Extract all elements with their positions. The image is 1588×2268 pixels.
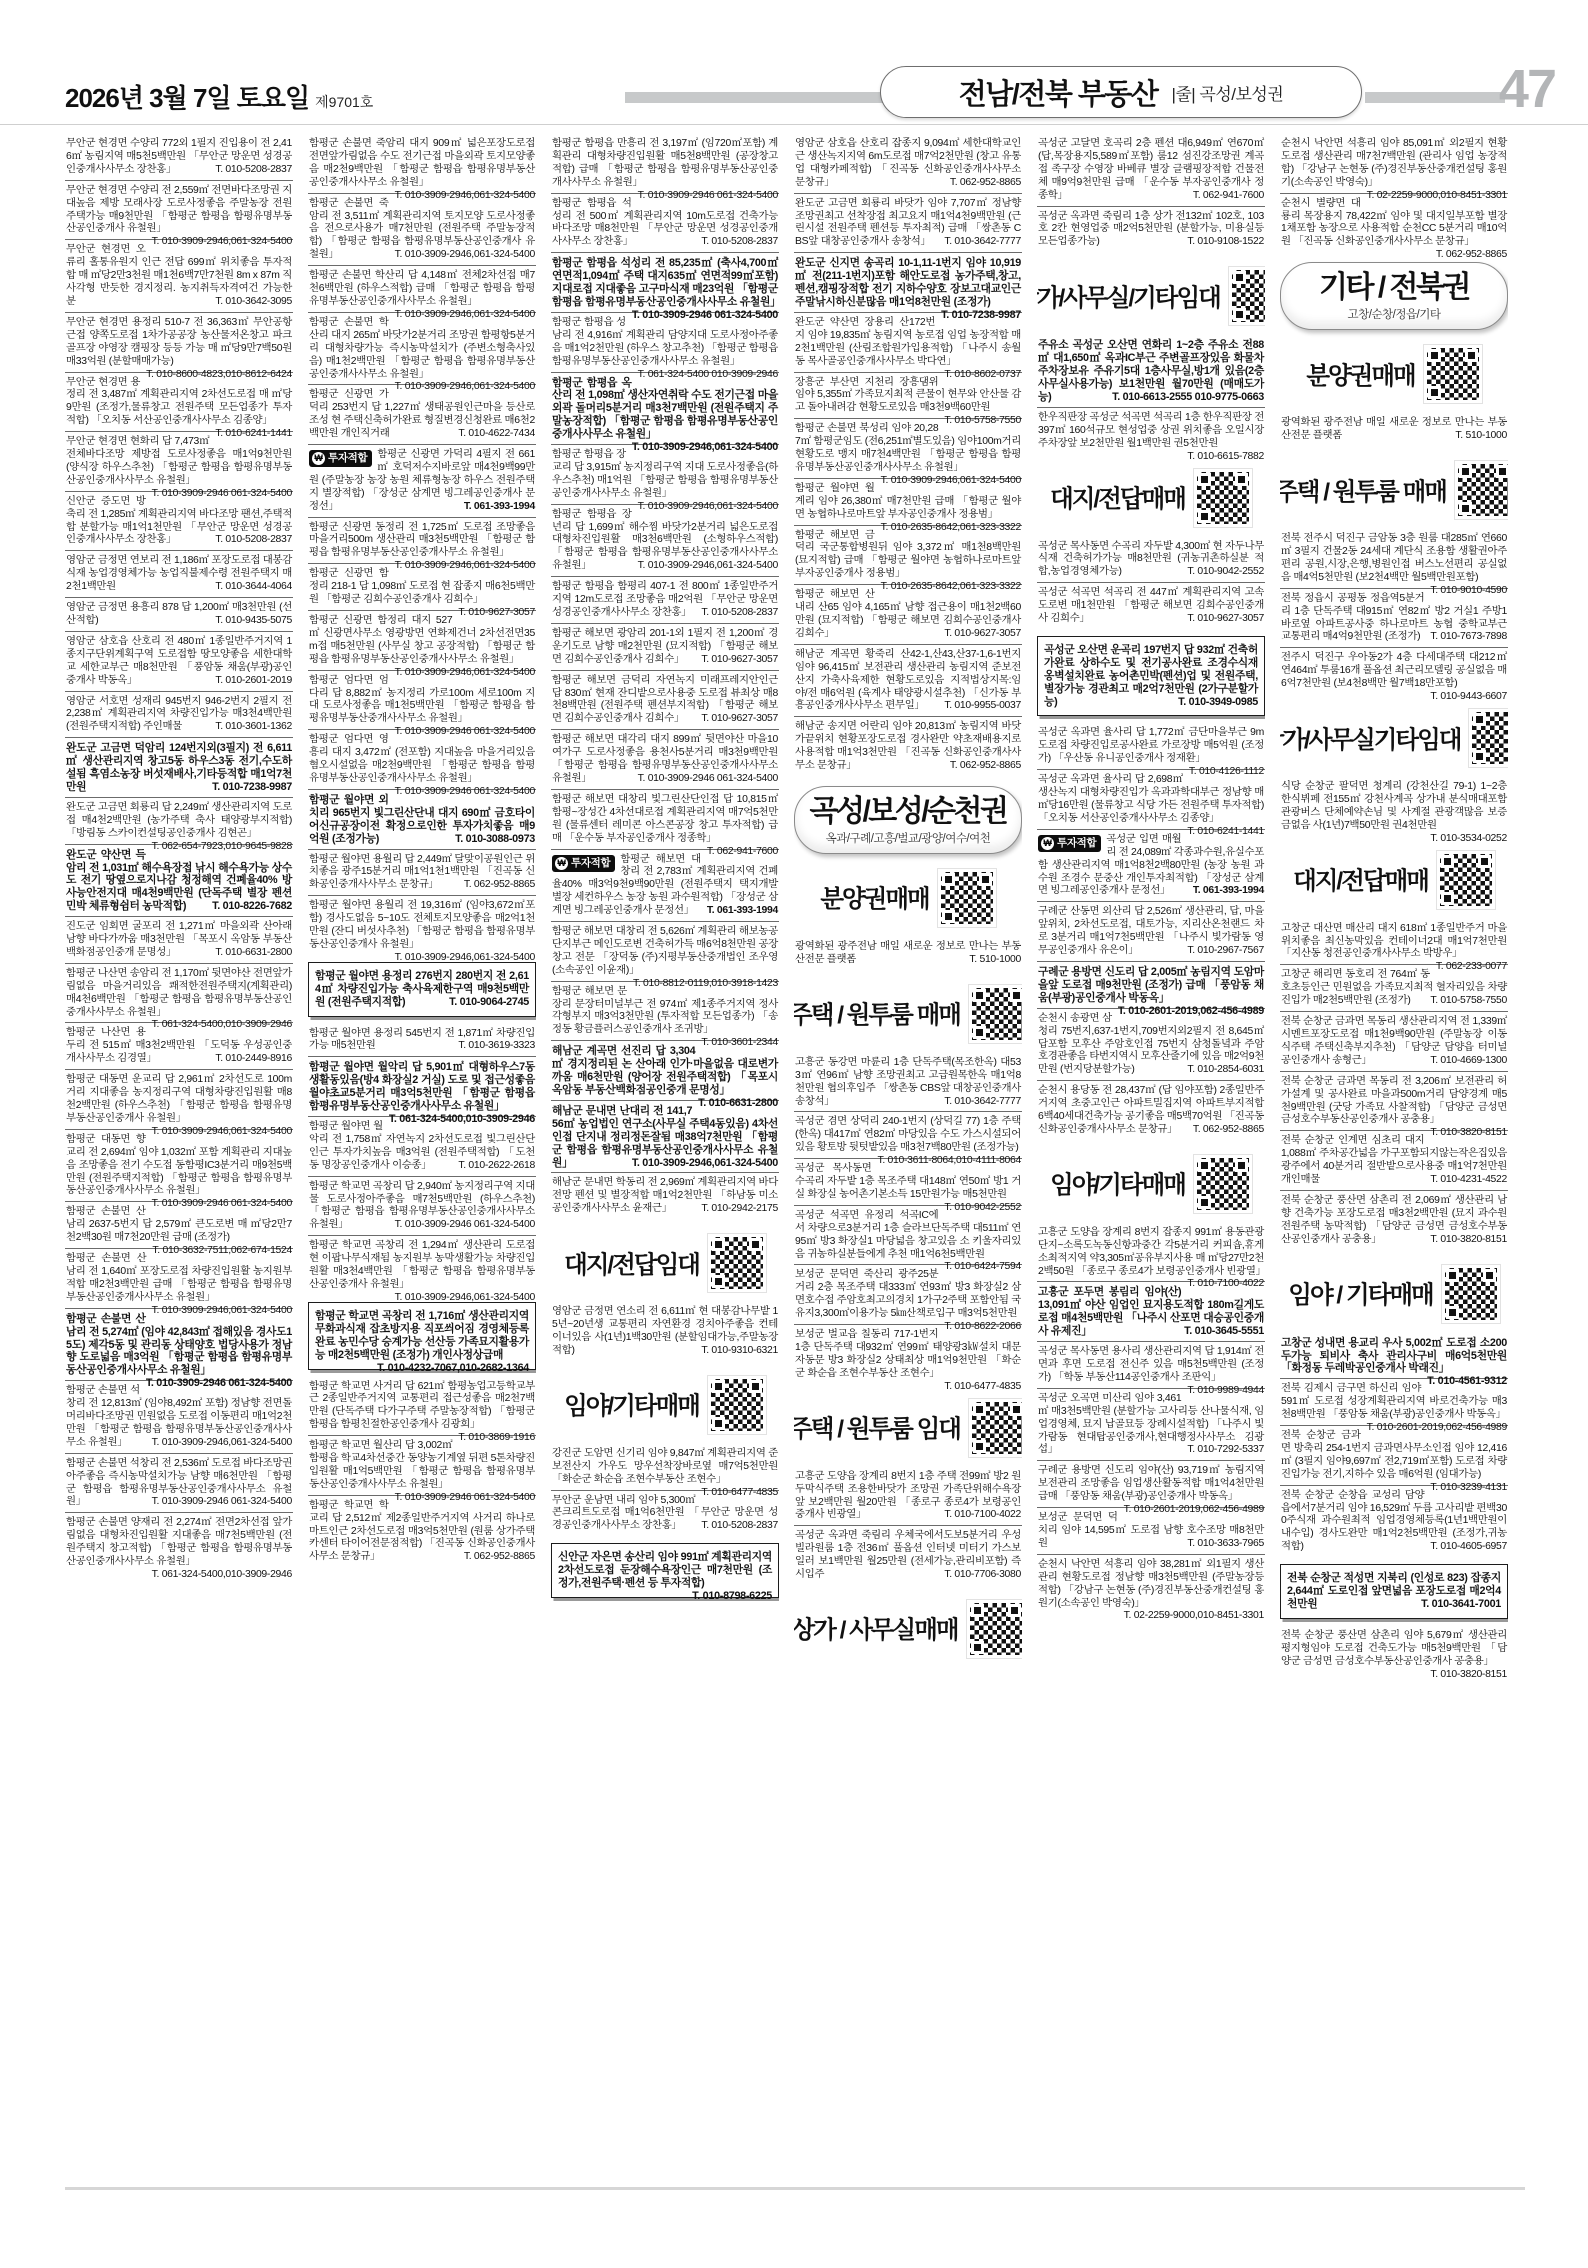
ad-text: 곡성군 옥과면 율사리 답 2,698㎡ 생산녹지 대형차량진입가 옥과과학대부…	[1038, 774, 1264, 824]
classified-ad: 완도군 고금면 회룡리 바닷가 임야 7,707㎡ 정남향 조망권최고 선착장접…	[794, 193, 1022, 253]
classified-ad: 신안군 자은면 송산리 임야 991㎡ 계획관리지역 2차선도로접 둔장해수욕장…	[551, 1543, 779, 1598]
ad-phone: T. 061-393-1994	[1187, 885, 1264, 898]
classified-ad: 전북 순창군 풍산면 삼촌리 임야 5,679㎡ 생산관리 평지형임야 도로접 …	[1280, 1626, 1508, 1672]
qr-finder-dot	[1446, 1306, 1459, 1319]
ad-phone: T. 010-3909-2946,061-324-5400	[146, 1305, 292, 1318]
ad-phone: T. 010-4232-7067,010-2682-1364	[371, 1362, 529, 1375]
ad-phone: T. 010-3909-2946 061-324-5400	[389, 786, 535, 799]
ad-phone: T. 062-941-7600	[1187, 190, 1264, 203]
section-header: 대지/전답임대	[551, 1232, 779, 1294]
masthead-bar-left	[625, 92, 883, 103]
ad-phone: T. 010-8602-0737	[938, 369, 1021, 382]
classified-ad: 함평군 월야면 용월리 전 19,316㎡ (임야3,672㎡포함) 경사도없음…	[308, 895, 536, 955]
classified-ad: 전북 순창군 금과면 목동리 생산관리지역 전 1,339㎡ 시멘트포장도로접 …	[1280, 1011, 1508, 1071]
ad-phone: T. 010-3909-2946,061-324-5400	[146, 1126, 292, 1139]
classified-ad: 무안군 현경면 수양리 전 2,559㎡ 전면바다조망권 지대높음 제방 모래사…	[65, 180, 293, 240]
qr-finder-dot	[1428, 386, 1441, 399]
ad-phone: T. 010-3909-2946,061-324-5400	[389, 667, 535, 680]
ad-phone: T. 010-4231-4522	[1424, 1174, 1507, 1187]
ad-phone: T. 010-3909-2946,061-324-5400	[389, 309, 535, 322]
qr-finder-dot	[1198, 510, 1211, 523]
ad-phone: T. 010-2942-2175	[695, 1203, 778, 1216]
region-pill-subtitle: 옥과/구례/고흥/벌교/광양/여수/여천	[797, 830, 1019, 846]
classified-ad: 무안군 현경면 용정리 510-7 전 36,363㎡ 무안공항근접 양쪽도로접…	[65, 312, 293, 372]
section-header: 분양권매매	[794, 867, 1022, 929]
ad-phone: T. 010-3641-7001	[1415, 1598, 1501, 1611]
region-pill: 곡성/보성/순천권옥과/구례/고흥/벌교/광양/여수/여천	[794, 786, 1022, 854]
won-circle-icon: ₩	[1041, 837, 1054, 850]
ad-text: 식당 순창군 팔덕면 청계리 (강천산길 79-1) 1~2층 한식뷔페 전15…	[1281, 781, 1507, 831]
ad-phone: T. 062-233-0077	[1430, 961, 1507, 974]
ad-phone: T. 010-2601-2019,062-456-4989	[1361, 1422, 1507, 1435]
region-label: |줄| 곡성/보성권	[1171, 80, 1283, 105]
classified-ad: 순천시 송광면 삼청리 75번지,637-1번지,709번지외2필지 전 8,6…	[1037, 1008, 1265, 1081]
classified-ad: 진도군 임회면 굴포리 전 1,271㎡ 마을외곽 산아래 남향 바다가까움 매…	[65, 916, 293, 963]
ad-phone: T. 010-3909-2946 061-324-5400	[632, 190, 778, 203]
ad-phone: T. 010-3909-2946,061-324-5400	[626, 441, 778, 454]
ad-text: 완도군 약산면 장용리 산172번지 임야 19,835㎡ 농림지역 농로접 임…	[795, 317, 1021, 367]
page-title: 전남/전북 부동산	[959, 72, 1158, 113]
classified-ad: 함평군 손불면 학산리 대지 265㎡ 바닷가2분거리 조망권 함평항5분거리 …	[308, 312, 536, 385]
ad-phone: T. 010-3949-0985	[1172, 696, 1258, 709]
section-title: 대지/전답매매	[1050, 480, 1185, 515]
ad-phone: T. 061-393-1994	[701, 905, 778, 918]
ad-phone: T. 010-9955-0037	[938, 700, 1021, 713]
classified-ad: 곡성군 고달면 호곡리 2층 펜션 대6,949㎡ 연670㎡ (답,목장용지5…	[1037, 134, 1265, 206]
classified-ad: 순천시 용당동 전 28,437㎡ (답 임야포함) 2종일반주거지역 초중고인…	[1037, 1080, 1265, 1140]
ad-text: 무안군 현경면 현화리 답 7,473㎡ 전체바다조망 제방접 도로사정좋음 매…	[66, 436, 292, 486]
ad-phone: T. 010-8622-2066	[938, 1321, 1021, 1334]
column-3: 함평군 함평읍 만흥리 전 3,197㎡ (임720㎡포함) 계획관리 대형차량…	[551, 134, 779, 2180]
ad-phone: T. 010-3909-2946,061-324-5400	[632, 560, 778, 573]
ad-text: 완도군 신지면 송곡리 10-1,11-1번지 임야 10,919㎡ 전(211…	[795, 257, 1021, 308]
ad-text: 함평군 손불면 산남리 전 1,640㎡ 포장도로접 차량진입원활 농지원부적합…	[66, 1253, 292, 1303]
classified-ad: 전북 전주시 덕진구 금암동 3층 원룸 대285㎡ 연660㎡ 3필지 건물2…	[1280, 529, 1508, 588]
ad-phone: T. 062-952-8865	[944, 177, 1021, 190]
ad-phone: T. 010-6241-1441	[209, 428, 292, 441]
ad-phone: T. 010-2635-8642,061-323-3322	[875, 522, 1021, 535]
ad-phone: T. 010-6477-4835	[695, 1487, 778, 1500]
ad-phone: T. 010-3611-8064,010-4111-8064	[871, 1155, 1021, 1168]
ad-phone: T. 010-9435-5075	[209, 615, 292, 628]
ad-text: 순천시 낙안면 석흥리 임야 85,091㎡ 외2필지 현황도로접 생산관리 매…	[1281, 138, 1507, 188]
ad-phone: T. 010-3909-2946 061-324-5400	[626, 309, 778, 322]
classified-ad: 무안군 현경면 수양리 772외 1필지 진입용이 전 2,416㎡ 농림지역 …	[65, 134, 293, 180]
ad-phone: T. 010-3909-2946 061-324-5400	[146, 488, 292, 501]
classified-ad: 함평군 손불면 죽암리 대지 909㎡ 넓은포장도로접 전면앞가림없음 수도 전…	[308, 134, 536, 193]
classified-ad: 전북 순창군 풍산면 삼촌리 전 2,069㎡ 생산관리 남향 건축가능 포장도…	[1280, 1190, 1508, 1250]
classified-ad: 함평군 함평읍 석성리 전 85,235㎡ (축사4,700㎡ 연면적1,094…	[551, 252, 779, 312]
classified-ad: 함평군 함평읍 장년리 답 1,699㎡ 해수찜 바닷가2분거리 넓은도로접 대…	[551, 504, 779, 577]
classified-ad: 함평군 나산면 송암리 전 1,170㎡ 뒷면야산 전면앞가림없음 마을거리있음…	[65, 963, 293, 1023]
ad-phone: T. 010-5208-2837	[695, 236, 778, 249]
ad-phone: T. 062-952-8865	[1187, 1124, 1264, 1137]
section-header: 주택 / 원투룸 매매	[1280, 459, 1508, 521]
ad-phone: T. 010-9042-2552	[938, 1202, 1021, 1215]
section-header: 분양권매매	[1280, 343, 1508, 405]
column-2: 함평군 손불면 죽암리 대지 909㎡ 넓은포장도로접 전면앞가림없음 수도 전…	[308, 134, 536, 2180]
classified-ad: 함평군 해보면 대창리 전 5,626㎡ 계획관리 해보농공단지부근 메인도로변…	[551, 921, 779, 981]
invest-badge: ₩투자적합	[552, 855, 615, 872]
ad-phone: T. 010-5758-7550	[938, 415, 1021, 428]
ad-text: 함평군 대동면 운교리 답 2,961㎡ 2차선도로 100m거리 지대좋음 농…	[66, 1074, 292, 1124]
ad-phone: T. 010-7100-4022	[938, 1509, 1021, 1522]
classified-ad: 함평군 해보면 금덕리 자연녹지 미래프레지안인근 답 830㎡ 현재 잔디밭으…	[551, 670, 779, 730]
ad-phone: T. 010-7100-4022	[1181, 1278, 1264, 1291]
qr-code-icon	[1194, 1155, 1252, 1213]
ad-phone: T. 010-7292-5337	[1181, 1444, 1264, 1457]
qr-finder-dot	[1441, 892, 1454, 905]
ad-phone: T. 010-5208-2837	[695, 1520, 778, 1533]
classified-ad: 함평군 손불면 양재리 전 2,274㎡ 전면2차선접 앞가림없음 대형차진입원…	[65, 1512, 293, 1572]
section-header: 상가/사무실/기타임대	[1037, 265, 1265, 327]
ad-phone: T. 010-4561-9312	[1421, 1375, 1507, 1388]
qr-finder-dot	[973, 1026, 986, 1039]
ad-phone: T. 010-6477-4835	[938, 1381, 1021, 1394]
classified-ad: 함평군 월야면 용정리 545번지 전 1,871㎡ 차량진입가능 매5천만원 …	[308, 1024, 536, 1057]
invest-badge: ₩투자적합	[1038, 835, 1101, 852]
section-title: 상가 / 사무실매매	[794, 1611, 958, 1646]
ad-text: 함평군 엄다면 엄다리 답 8,882㎡ 농지정리 가로100m 세로100m …	[309, 675, 535, 725]
ad-text: 함평군 손불면 산남리 전 5,274㎡ (임야 42,843㎡ 접해있음 경사…	[66, 1313, 292, 1377]
date-line: 2026년 3월 7일 토요일제9701호	[65, 78, 373, 115]
classified-ad: 완도군 약산면 득암리 전 1,031㎡ 해수욕장접 낚시 해수욕가능 상수도 …	[65, 844, 293, 917]
ad-phone: T. 010-3909-2946,061-324-5400	[389, 1292, 535, 1305]
ad-phone: T. 010-5208-2837	[209, 164, 292, 177]
ad-phone: T. 010-5208-2837	[209, 534, 292, 547]
classified-ad: 완도군 신지면 송곡리 10-1,11-1번지 임야 10,919㎡ 전(211…	[794, 252, 1022, 312]
section-header: 상가 / 사무실매매	[794, 1598, 1022, 1660]
classified-ad: 해남군 송지면 어란리 임야 20,813㎡ 농림지역 바닷가끝위치 현황포장도…	[794, 716, 1022, 776]
classified-ad: 구례군 산동면 외산리 답 2,526㎡ 생산관리, 답, 마을앞위치, 2차선…	[1037, 901, 1265, 961]
section-header: 대지/전답매매	[1037, 467, 1265, 529]
ad-text: 구례군 용방면 신도리 임야(산) 93,719㎡ 농림지역 보전관리 조망좋음…	[1038, 1465, 1264, 1502]
classified-ad: 고흥군 동강면 마륜리 1층 단독주택(목조한옥) 대533㎡ 연96㎡ 남향 …	[794, 1053, 1022, 1112]
ad-phone: T. 010-9042-2552	[1181, 566, 1264, 579]
masthead-bar-right	[1365, 92, 1505, 103]
ad-text: 함평군 손불면 양재리 전 2,274㎡ 전면2차선접 앞가림없음 대형차진입원…	[66, 1517, 292, 1567]
ad-phone: T. 010-3909-2946 061-324-5400	[389, 1219, 535, 1232]
ad-phone: T. 02-2259-9000,010-8451-3301	[1118, 1610, 1264, 1623]
classified-ad: 곡성군 옥과면 죽림리 1층 상가 전132㎡ 102호, 103호 2칸 현영…	[1037, 206, 1265, 253]
ad-phone: T. 061-324-5400,010-3909-2946	[383, 1113, 535, 1126]
classified-ad: 함평군 학교면 곡창리 전 1,716㎡ 생산관리지역 무화과식재 잡초방지용 …	[308, 1302, 536, 1370]
qr-code-icon	[938, 869, 996, 927]
classified-ad: 함평군 학교면 곡창리 전 1,294㎡ 생산관리 도로접 현 이팝나무식재됨 …	[308, 1235, 536, 1295]
qr-finder-dot	[712, 1417, 725, 1430]
classified-ad: 영암군 삼호읍 산호리 잡종지 9,094㎡ 세한대학교인근 생산녹지지역 6m…	[794, 134, 1022, 193]
classified-ad: 함평군 손불면 학산리 답 4,148㎡ 전체2차선접 매7천6백만원 (하우스…	[308, 265, 536, 312]
ad-text: 함평군 함평읍 장교리 답 3,915㎡ 농지정리구역 지대 도로사정좋음(하우…	[552, 449, 778, 499]
ad-text: 함평군 학교면 곡창리 전 1,716㎡ 생산관리지역 무화과식재 잡초방지용 …	[315, 1310, 529, 1361]
ad-text: 함평군 함평읍 옥산리 전 1,098㎡ 생산자연취락 수도 전기근접 마을외곽…	[552, 377, 778, 441]
classified-ad: 함평군 함평읍 만흥리 전 3,197㎡ (임720㎡포함) 계획관리 대형차량…	[551, 134, 779, 193]
ad-text: 함평군 신광면 동정리 전 1,725㎡ 도로접 조망좋음 마을거리500m 생…	[309, 522, 535, 559]
ad-text: 함평군 해보면 문장리 문장터미널부근 전 974㎡ 제1종주거지역 정사각형부…	[552, 986, 778, 1036]
ad-phone: T. 010-9010-4590	[1424, 585, 1507, 598]
ad-text: 무안군 현경면 용정리 전 3,487㎡ 계획관리지역 2차선도로접 매 ㎡당9…	[66, 377, 292, 427]
ad-phone: T. 010-3820-8151	[1424, 1127, 1507, 1140]
invest-badge: ₩투자적합	[309, 450, 372, 467]
ad-text: 함평군 손불면 학산리 대지 265㎡ 바닷가2분거리 조망권 함평항5분거리 …	[309, 317, 535, 380]
classified-ad: 함평군 학교면 곡창리 답 2,940㎡ 농지정리구역 지대 물 도로사정아주좋…	[308, 1176, 536, 1236]
section-title: 주택 / 원투룸 임대	[794, 1410, 960, 1445]
ad-text: 무안군 현경면 수양리 전 2,559㎡ 전면바다조망권 지대높음 제방 모래사…	[66, 185, 292, 235]
ad-text: 함평군 함평읍 석성리 전 85,235㎡ (축사4,700㎡ 연면적1,094…	[552, 257, 779, 308]
ad-phone: T. 010-2601-2019,062-456-4989	[1118, 1504, 1264, 1517]
ad-phone: T. 010-3088-0973	[449, 833, 535, 846]
ad-text: 함평군 함평읍 만흥리 전 3,197㎡ (임720㎡포함) 계획관리 대형차량…	[552, 138, 778, 188]
ad-phone: T. 010-3619-3323	[452, 1040, 535, 1053]
ad-phone: T. 062-952-8865	[458, 1551, 535, 1564]
qr-code-icon	[1442, 1265, 1500, 1323]
ad-phone: T. 010-3239-4131	[1424, 1482, 1507, 1495]
ad-phone: T. 062-654-7923,010-9645-9828	[146, 841, 292, 854]
ad-text: 구례군 용방면 신도리 답 2,005㎡ 농림지역 도암마을앞 도로접 매9천만…	[1038, 966, 1264, 1004]
classified-ad: 곡성군 옥과면 죽림리 우체국에서도보5분거리 우성빌라원룸 1층 전36㎡ 풀…	[794, 1525, 1022, 1585]
ad-text: 함평군 엄다면 영흥리 대지 3,472㎡ (전포함) 지대높음 마을거리있음 …	[309, 734, 535, 784]
date-text: 2026년 3월 7일 토요일	[65, 83, 309, 113]
ad-phone: T. 010-3820-8151	[1424, 1669, 1507, 1682]
classified-ad: 함평군 해보면 광암리 201-1외 1필지 전 1,200㎡ 경운기도로 남향…	[551, 623, 779, 670]
classified-ad: 광역화된 광주전남 매일 새로운 정보로 만나는 부동산전문 플랫폼 T. 51…	[794, 937, 1022, 970]
qr-code-icon	[969, 1399, 1022, 1457]
qr-code-icon	[1455, 461, 1508, 519]
classified-ad: 한우직판장 곡성군 석곡면 석곡리 1층 한우직판장 전397㎡ 160석규모 …	[1037, 407, 1265, 454]
ad-phone: T. 010-6241-1441	[1181, 826, 1264, 839]
classified-ad: 강진군 도암면 신기리 임야 9,847㎡ 계획관리지역 준보전산지 가우도 망…	[551, 1444, 779, 1490]
ad-text: 고창군 성내면 용교리 우사 5,002㎡ 도로접 소200두가능 퇴비사 축사…	[1281, 1337, 1507, 1375]
page-number: 47	[1499, 58, 1555, 120]
ad-text: 무안군 현경면 용정리 510-7 전 36,363㎡ 무안공항근접 양쪽도로접…	[66, 317, 292, 367]
ad-phone: T. 02-2259-9000,010-8451-3301	[1361, 190, 1507, 203]
ad-phone: T. 010-9627-3057	[938, 628, 1021, 641]
ad-phone: T. 010-3909-2946 061-324-5400	[632, 773, 778, 786]
section-title: 주택 / 원투룸 매매	[794, 996, 960, 1031]
classified-ad: 곡성군 겸면 상덕리 240-1번지 (상덕길 77) 1층 주택(한옥) 대4…	[794, 1111, 1022, 1158]
ad-phone: T. 010-2635-8642,061-323-3322	[875, 581, 1021, 594]
classified-ad: 완도군 고금면 회룡리 답 2,249㎡ 생산관리지역 도로접 매4천2백만원 …	[65, 797, 293, 844]
ad-phone: T. 010-7238-9987	[206, 781, 292, 794]
ad-phone: T. 010-3909-2946 061-324-5400	[140, 1377, 292, 1390]
classified-ad: 영암군 삼호읍 산호리 전 480㎡ 1종일반주거지역 1종지구단위계획구역 도…	[65, 631, 293, 691]
ad-phone: T. 010-3645-5551	[1178, 1325, 1264, 1338]
classified-ad: 함평군 함평읍 함평리 407-1 전 800㎡ 1종일반주거지역 12m도로접…	[551, 576, 779, 623]
classified-ad: 곡성군 오곡면 미산리 임야 3,461㎡ 매3천5백만원 (분할가능 고사리등…	[1037, 1388, 1265, 1461]
section-title: 임야 / 기타매매	[1288, 1276, 1432, 1311]
classified-ad: 전북 순창군 순창읍 교성리 담양읍에서7분거리 임야 16,529㎡ 두릅 고…	[1280, 1485, 1508, 1558]
ad-phone: T. 061-324-5400 010-3909-2946	[632, 369, 778, 382]
classified-ad: ₩투자적합함평군 해보면 대창리 전 2,783㎡ 계획관리지역 건폐율40% …	[551, 849, 779, 922]
ad-phone: T. 010-8812-0119,010-3918-1423	[627, 978, 778, 991]
ad-text: 함평군 학교면 월산리 답 3,002㎡ 함평읍 학교4차선중간 동양농기계옆 …	[309, 1440, 535, 1490]
ad-text: 함평군 신광면 함정리 대지 527㎡ 신광면사무소 영광방면 연화제건너 2차…	[309, 615, 535, 665]
classified-ad: 곡성군 목사동면 용사리 생산관리지역 답 1,914㎡ 전면과 후면 도로접 …	[1037, 1341, 1265, 1388]
ad-phone: T. 010-6631-2800	[692, 1097, 778, 1110]
qr-finder-dot	[1473, 750, 1486, 763]
ad-phone: T. 010-3909-2946 061-324-5400	[389, 1492, 535, 1505]
section-header: 임야/기타매매	[551, 1374, 779, 1436]
qr-code-icon	[1194, 469, 1252, 527]
ad-phone: T. 010-6424-7594	[938, 1261, 1021, 1274]
classified-ad: 함평군 손불면 산남리 전 5,274㎡ (임야 42,843㎡ 접해있음 경사…	[65, 1308, 293, 1381]
ad-phone: T. 062-941-7600	[701, 846, 778, 859]
ad-phone: T. 062-952-8865	[944, 760, 1021, 773]
classified-ad: 고창군 성내면 용교리 우사 5,002㎡ 도로접 소200두가능 퇴비사 축사…	[1280, 1333, 1508, 1379]
qr-code-icon	[969, 985, 1022, 1043]
column-4: 영암군 삼호읍 산호리 잡종지 9,094㎡ 세한대학교인근 생산녹지지역 6m…	[794, 134, 1022, 2180]
ad-phone: T. 010-9627-3057	[1181, 613, 1264, 626]
classified-ad: 함평군 해보면 대각리 대지 899㎡ 뒷면야산 마을10여가구 도로사정좋음 …	[551, 729, 779, 789]
ad-phone: T. 010-3909-2946,061-324-5400	[146, 236, 292, 249]
ad-phone: T. 010-9627-3057	[695, 713, 778, 726]
classified-ad: 함평군 해보면 대창리 빛그린산단인접 답 10,815㎡ 함평~장성간 4차선…	[551, 789, 779, 849]
classified-ad: 함평군 신광면 동정리 전 1,725㎡ 도로접 조망좋음 마을거리500m 생…	[308, 517, 536, 564]
qr-finder-dot	[1198, 1196, 1211, 1209]
ad-phone: T. 010-3909-2946,061-324-5400	[875, 475, 1021, 488]
ad-phone: T. 010-6631-2800	[209, 947, 292, 960]
ad-phone: T. 061-324-5400,010-3909-2946	[146, 1569, 292, 1582]
classified-ad: 고창군 대산면 매산리 대지 618㎡ 1종일반주거 마을위치좋음 최신농막있음…	[1280, 919, 1508, 965]
classified-ad: 함평군 함평읍 옥산리 전 1,098㎡ 생산자연취락 수도 전기근접 마을외곽…	[551, 372, 779, 445]
section-header: 주택 / 원투룸 임대	[794, 1397, 1022, 1459]
column-6: 순천시 낙안면 석흥리 임야 85,091㎡ 외2필지 현황도로접 생산관리 매…	[1280, 134, 1508, 2180]
section-title: 대지/전답매매	[1293, 862, 1428, 897]
ad-phone: T. 010-3642-7777	[938, 236, 1021, 249]
ad-text: 순천시 별량면 대룡리 목장용지 78,422㎡ 임야 및 대지일부포함 별장1…	[1281, 198, 1507, 248]
ad-phone: T. 010-3909-2946 061-324-5400	[146, 1496, 292, 1509]
ad-phone: T. 010-8226-7682	[206, 900, 292, 913]
classified-ad: 광역화된 광주전남 매일 새로운 정보로 만나는 부동산전문 플랫폼 T. 51…	[1280, 413, 1508, 446]
ad-phone: T. 010-3909-2946,061-324-5400	[146, 1437, 292, 1450]
classified-ad: 무안군 현경면 오류리 홀통유원지 인근 전답 699㎡ 위치좋음 투자적합 매…	[65, 239, 293, 312]
section-title: 주택 / 원투룸 매매	[1280, 473, 1446, 508]
ad-phone: T. 010-3601-2344	[695, 1037, 778, 1050]
ad-phone: T. 062-952-8865	[458, 879, 535, 892]
ad-phone: T. 010-6615-7882	[1181, 451, 1264, 464]
qr-finder-dot	[712, 1275, 725, 1288]
classified-ad: 함평군 학교면 사거리 답 621㎡ 함평농업고등학교부근 2종일반주거지역 교…	[308, 1377, 536, 1436]
ad-phone: T. 010-8798-6225	[686, 1590, 772, 1603]
ad-phone: T. 010-2601-2019	[209, 675, 292, 688]
ad-text: 보성군 벌교읍 칠동리 717-1번지 1층 단독주택 대932㎡ 연99㎡ 태…	[795, 1329, 1021, 1379]
ad-text: 곡성군 석곡면 유정리 석곡IC에서 차량으로3분거리 1층 슬라브단독주택 대…	[795, 1210, 1021, 1260]
ad-phone: T. 010-2449-8916	[209, 1053, 292, 1066]
ad-phone: T. 510-1000	[1449, 430, 1507, 443]
ad-phone: T. 061-324-5400,010-3909-2946	[146, 1019, 292, 1032]
ad-text: 함평군 나산면 송암리 전 1,170㎡ 뒷면야산 전면앞가림없음 마을거리있음…	[66, 968, 292, 1018]
ad-phone: T. 010-3632-7511,062-674-1524	[146, 1245, 292, 1258]
ad-text: 함평군 학교면 사거리 답 621㎡ 함평농업고등학교부근 2종일반주거지역 교…	[309, 1381, 535, 1431]
classified-ad: 식당 순창군 팔덕면 청계리 (강천산길 79-1) 1~2층 한식뷔페 전15…	[1280, 777, 1508, 836]
classified-ad: 영암군 금정면 용흥리 878 답 1,200㎡ 매3천만원 (선산적합) T.…	[65, 597, 293, 631]
ad-text: 함평군 월야면 월계리 임야 26,380㎡ 매7천만원 급매 「함평군 월야면…	[795, 483, 1021, 520]
ad-text: 순천시 낙안면 석흥리 임야 38,281㎡ 외1필지 생산관리 현황도로접 정…	[1038, 1559, 1264, 1609]
classified-ad: 영암군 금정면 연소리 전 6,611㎡ 현 대봉감나무밭 15년~20년생 교…	[551, 1302, 779, 1361]
section-title: 분양권매매	[1306, 357, 1414, 392]
region-pill-title: 기타 / 전북권	[1283, 272, 1505, 304]
ad-phone: T. 010-3909-2946,061-324-5400	[389, 249, 535, 262]
classified-ad: 주유소 곡성군 오산면 연화리 1~2층 주유소 전88㎡ 대1,650㎡ 옥과…	[1037, 335, 1265, 407]
ad-text: 함평군 해보면 대창리 전 5,626㎡ 계획관리 해보농공단지부근 메인도로변…	[552, 926, 778, 976]
ad-text: 한우직판장 곡성군 석곡면 석곡리 1층 한우직판장 전397㎡ 160석규모 …	[1038, 412, 1264, 449]
classified-ad: 전주시 덕진구 우아동2가 4층 다세대주택 대212㎡ 연464㎡ 투룸16개…	[1280, 647, 1508, 694]
ad-phone: T. 010-3642-7777	[938, 1096, 1021, 1109]
ad-phone: T. 010-2967-7567	[1181, 945, 1264, 958]
ad-phone: T. 010-3909-2946,061-324-5400	[389, 381, 535, 394]
ad-phone: T. 010-2854-6031	[1181, 1064, 1264, 1077]
ad-phone: T. 010-7673-7898	[1424, 631, 1507, 644]
ad-phone: T. 010-2622-2618	[452, 1160, 535, 1173]
ad-phone: T. 010-3909-2946,061-324-5400	[389, 190, 535, 203]
classified-ad: 구례군 용방면 신도리 임야(산) 93,719㎡ 농림지역 보전관리 조망좋음…	[1037, 1460, 1265, 1507]
ad-text: 고흥군 도양읍 장계리 8번지 잡종지 991㎡ 용동관광단지~소록도녹동신항과…	[1038, 1227, 1265, 1277]
classified-ad: 함평군 대동면 운교리 답 2,961㎡ 2차선도로 100m거리 지대좋음 농…	[65, 1069, 293, 1129]
classified-ad: ₩투자적합곡성군 입면 매월리 전 24,089㎡ 각종과수원,유실수포함 생산…	[1037, 829, 1265, 902]
section-title: 대지/전답임대	[564, 1246, 699, 1281]
ad-phone: T. 010-4622-7434	[452, 428, 535, 441]
ad-text: 완도군 고금면 회룡리 답 2,249㎡ 생산관리지역 도로접 매4천2백만원 …	[66, 802, 292, 839]
classified-ad: 해남군 문내면 난대리 전 141,756㎡ 농업법인 연구소(사무실 주택4동…	[551, 1100, 779, 1173]
ad-text: 전북 순창군 금과면 목동리 전 3,206㎡ 보전관리 허가설계 및 공사완료…	[1281, 1076, 1507, 1126]
ad-phone: T. 010-3909-2946,061-324-5400	[626, 1157, 778, 1170]
ad-text: 전북 김제시 금구면 하신리 임야 591㎡ 도로접 성장계획관리지역 바로건축…	[1281, 1383, 1507, 1420]
qr-finder-dot	[971, 1641, 984, 1654]
column-1: 무안군 현경면 수양리 772외 1필지 진입용이 전 2,416㎡ 농림지역 …	[65, 134, 293, 2180]
classified-ad: 순천시 낙안면 석흥리 임야 38,281㎡ 외1필지 생산관리 현황도로접 정…	[1037, 1554, 1265, 1614]
ad-phone: T. 010-4126-1112	[1183, 766, 1264, 779]
classified-ad: 함평군 손불면 죽암리 전 3,511㎡ 계획관리지역 토지모양 도로사정좋음 …	[308, 193, 536, 266]
ad-phone: T. 010-9310-6321	[695, 1345, 778, 1358]
ad-text: 곡성군 목사동면 수곡리 자두밭 1층 목조주택 대148㎡ 연50㎡ 방1 거…	[795, 1163, 1021, 1200]
region-pill: 기타 / 전북권고창/순창/정읍/기타	[1280, 262, 1508, 330]
ad-phone: T. 010-4605-6957	[1424, 1541, 1507, 1554]
classified-ad: ₩투자적합함평군 신광면 가덕리 4필지 전 661㎡ 호덕저수지바로앞 매4천…	[308, 444, 536, 517]
ad-phone: T. 010-5208-2837	[695, 607, 778, 620]
section-header: 임야 / 기타매매	[1280, 1263, 1508, 1325]
classified-ad: 곡성군 석곡면 석곡리 전 447㎡ 계획관리지역 고속도로변 매1천만원 「함…	[1037, 582, 1265, 629]
ad-phone: T. 010-3909-2946 061-324-5400	[146, 1198, 292, 1211]
ad-phone: T. 010-3820-8151	[1424, 1234, 1507, 1247]
ad-phone: T. 010-3633-7965	[1181, 1538, 1264, 1551]
ad-text: 강진군 도암면 신기리 임야 9,847㎡ 계획관리지역 준보전산지 가우도 망…	[552, 1448, 778, 1485]
ad-phone: T. 010-4669-1300	[1424, 1055, 1507, 1068]
section-title: 임야/기타매매	[564, 1387, 699, 1422]
ad-phone: T. 010-3534-0252	[1424, 833, 1507, 846]
newspaper-page: 2026년 3월 7일 토요일제9701호 전남/전북 부동산 |줄| 곡성/보…	[0, 0, 1588, 2268]
ad-text: 함평군 손불면 학산리 답 4,148㎡ 전체2차선접 매7천6백만원 (하우스…	[309, 270, 535, 307]
ad-text: 함평군 월야면 용월리 전 19,316㎡ (임야3,672㎡포함) 경사도없음…	[309, 900, 535, 950]
ad-phone: T. 010-5758-7550	[1424, 995, 1507, 1008]
ad-phone: T. 010-9627-3057	[452, 607, 535, 620]
classified-ad: 함평군 손불면 석창리 전 2,536㎡ 도로접 바다조망권아주좋음 즉시농막설…	[65, 1453, 293, 1513]
ad-phone: T. 010-8600-4823,010-8612-6424	[140, 369, 292, 382]
classified-ad: 함평군 월야면 용월리 답 2,449㎡ 달맞이공원인근 위치좋음 광주15분거…	[308, 849, 536, 896]
ad-text: 함평군 손불면 죽암리 대지 909㎡ 넓은포장도로접 전면앞가림없음 수도 전…	[309, 138, 535, 188]
section-title: 상가/사무실/기타임대	[1037, 279, 1220, 314]
qr-code-icon	[967, 1600, 1022, 1658]
qr-code-icon	[1229, 267, 1265, 325]
classified-ad: 완도군 고금면 덕암리 124번지외(3필지) 전 6,611㎡ 생산관리지역 …	[65, 737, 293, 797]
ad-text: 전주시 덕진구 우아동2가 4층 다세대주택 대212㎡ 연464㎡ 투룸16개…	[1281, 652, 1507, 689]
ad-phone: T. 010-3601-1362	[209, 721, 292, 734]
qr-code-icon	[708, 1376, 766, 1434]
ad-text: 곡성군 겸면 상덕리 240-1번지 (상덕길 77) 1층 주택(한옥) 대4…	[795, 1116, 1021, 1153]
section-header: 상가/사무실기타임대	[1280, 707, 1508, 769]
ad-phone: T. 010-3909-2946,061-324-5400	[389, 560, 535, 573]
ad-text: 함평군 월야면 월악리 답 5,901㎡ 대형하우스7동 생활동있음(방4 화장…	[309, 1061, 535, 1112]
ad-text: 전북 전주시 덕진구 금암동 3층 원룸 대285㎡ 연660㎡ 3필지 건물2…	[1281, 533, 1507, 583]
